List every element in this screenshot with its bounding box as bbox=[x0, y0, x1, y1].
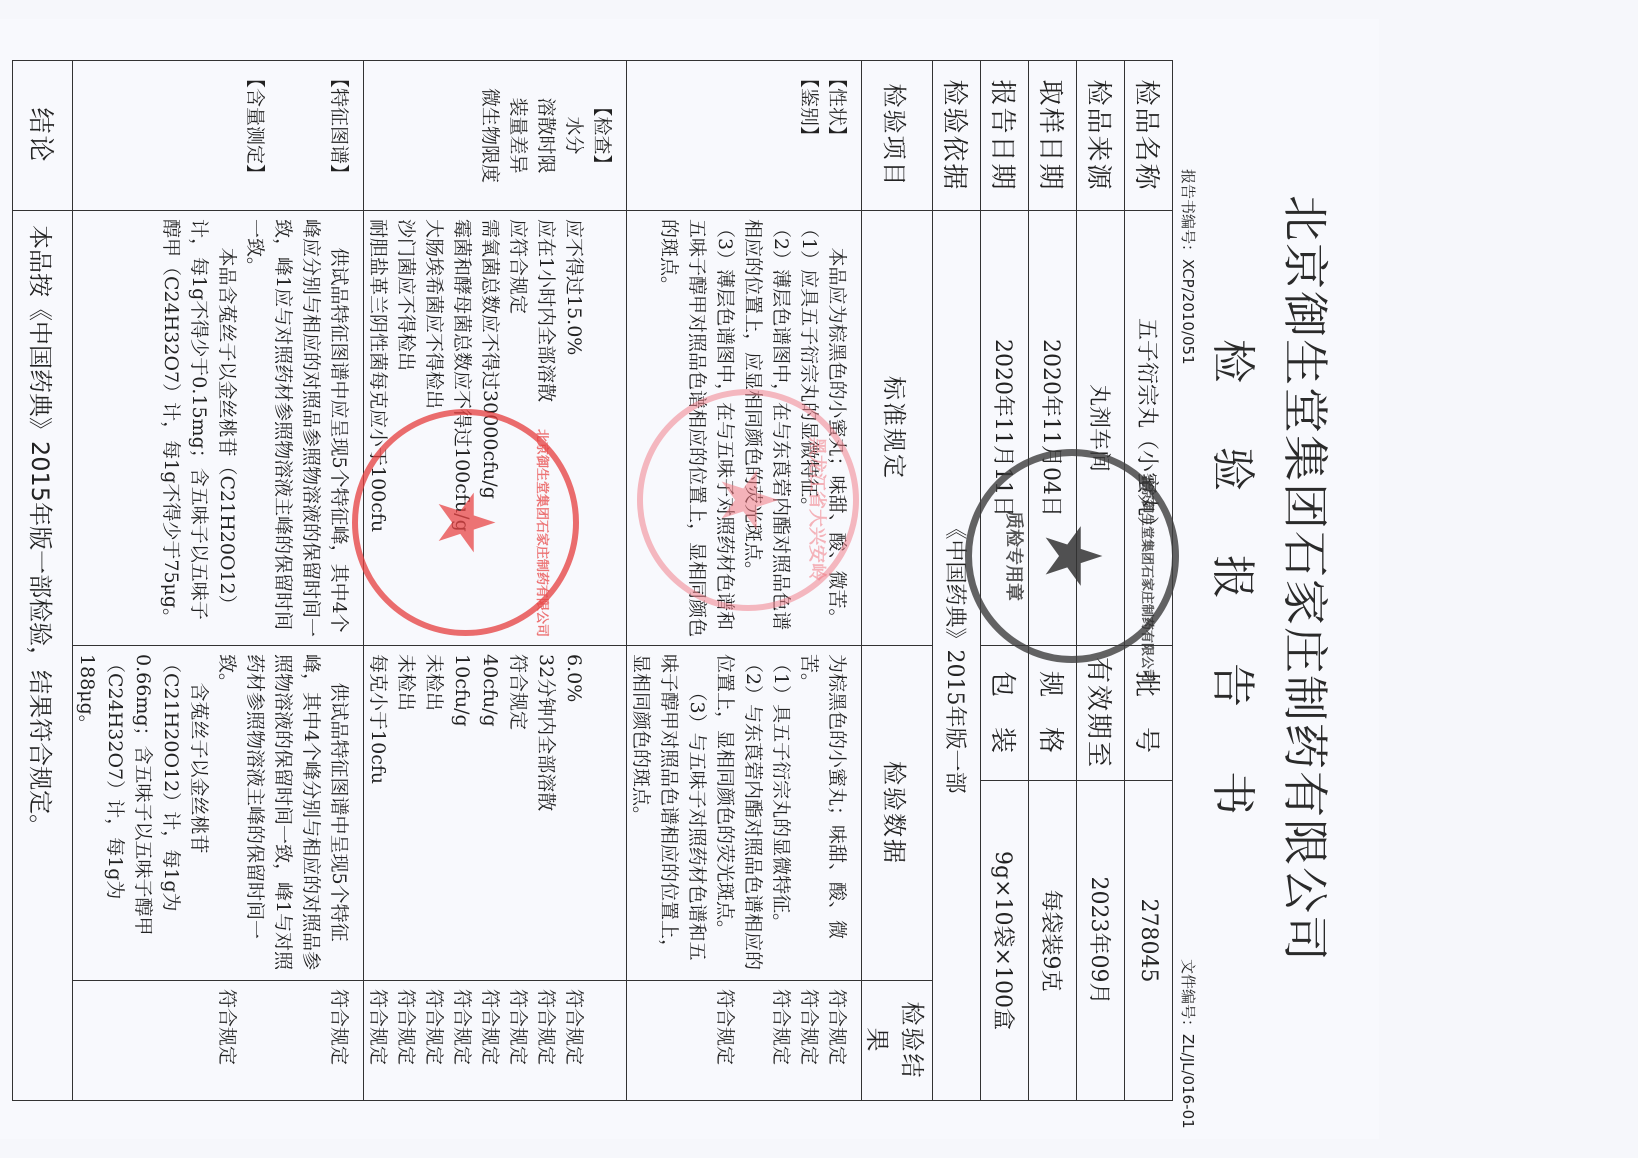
source-label: 检品来源 bbox=[1077, 61, 1125, 211]
report-table: 检品名称 五子衍宗丸（小蜜丸） 批 号 278045 检品来源 丸剂车间 有效期… bbox=[12, 60, 1173, 1101]
inspection-report-page: 北京御生堂集团石家庄制药有限公司 检验报告书 报告书编号：XCP/2010/05… bbox=[0, 19, 1379, 1139]
inspection-standard: 应不得过15.0% 应在1小时内全部溶散 应符合规定 需氧菌总数应不得过3000… bbox=[364, 211, 627, 646]
sample-date: 2020年11月04日 bbox=[1029, 211, 1077, 646]
row-report-date: 报告日期 2020年11月11日 包 装 9g×10袋×100盒 bbox=[981, 61, 1029, 1101]
fingerprint-assay-results: 符合规定 符合规定 bbox=[73, 981, 364, 1101]
row-source: 检品来源 丸剂车间 有效期至 2023年09月 bbox=[1077, 61, 1125, 1101]
report-number: 报告书编号：XCP/2010/051 bbox=[1178, 169, 1199, 365]
conclusion-label: 结论 bbox=[13, 61, 73, 211]
batch-number: 278045 bbox=[1125, 781, 1173, 1101]
col-standard: 标准规定 bbox=[862, 211, 933, 646]
inspection-results: 符合规定 符合规定 符合规定 符合规定 符合规定 符合规定 符合规定 符合规定 bbox=[364, 981, 627, 1101]
company-name: 北京御生堂集团石家庄制药有限公司 bbox=[1275, 19, 1341, 1139]
inspection-data: 6.0% 32分钟内全部溶散 符合规定 40cfu/g 10cfu/g 未检出 … bbox=[364, 646, 627, 981]
package-label: 包 装 bbox=[981, 646, 1029, 781]
file-number: 文件编号：ZL/JL/016-01 bbox=[1178, 959, 1199, 1129]
col-item: 检验项目 bbox=[862, 61, 933, 211]
row-conclusion: 结论 本品按《中国药典》2015年版一部检验，结果符合规定。 bbox=[13, 61, 73, 1101]
basis-label: 检验依据 bbox=[933, 61, 981, 211]
row-sample-date: 取样日期 2020年11月04日 规 格 每袋装9克 bbox=[1029, 61, 1077, 1101]
character-standard: 本品应为棕黑色的小蜜丸；味甜、酸、微苦。 （1）应具五子衍宗丸的显微特征。 （2… bbox=[627, 211, 862, 646]
fingerprint-assay-data: 供试品特征图谱中呈现5个特征峰，其中4个峰分别与相应的对照品参照物溶液的保留时间… bbox=[73, 646, 364, 981]
basis: 《中国药典》2015年版一部 bbox=[933, 211, 981, 1101]
spec-label: 规 格 bbox=[1029, 646, 1077, 781]
document-title: 检验报告书 bbox=[1205, 19, 1269, 1139]
inspection-items: 【检查】 水分 溶散时限 装量差异 微生物限度 bbox=[364, 61, 627, 211]
sample-date-label: 取样日期 bbox=[1029, 61, 1077, 211]
row-character-identification: 【性状】 【鉴别】 本品应为棕黑色的小蜜丸；味甜、酸、微苦。 （1）应具五子衍宗… bbox=[627, 61, 862, 1101]
product-name-label: 检品名称 bbox=[1125, 61, 1173, 211]
row-basis: 检验依据 《中国药典》2015年版一部 bbox=[933, 61, 981, 1101]
row-column-headers: 检验项目 标准规定 检验数据 检验结果 bbox=[862, 61, 933, 1101]
expiry: 2023年09月 bbox=[1077, 781, 1125, 1101]
spec: 每袋装9克 bbox=[1029, 781, 1077, 1101]
row-inspection: 【检查】 水分 溶散时限 装量差异 微生物限度 应不得过15.0% 应在1小时内… bbox=[364, 61, 627, 1101]
conclusion-text: 本品按《中国药典》2015年版一部检验，结果符合规定。 bbox=[13, 211, 73, 1101]
character-results: 符合规定 符合规定 符合规定 符合规定 bbox=[627, 981, 862, 1101]
row-product-name: 检品名称 五子衍宗丸（小蜜丸） 批 号 278045 bbox=[1125, 61, 1173, 1101]
source: 丸剂车间 bbox=[1077, 211, 1125, 646]
col-result: 检验结果 bbox=[862, 981, 933, 1101]
row-fingerprint-assay: 【特征图谱】 【含量测定】 供试品特征图谱中应呈现5个特征峰，其中4个峰应分别与… bbox=[73, 61, 364, 1101]
fingerprint-assay-labels: 【特征图谱】 【含量测定】 bbox=[73, 61, 364, 211]
expiry-label: 有效期至 bbox=[1077, 646, 1125, 781]
package: 9g×10袋×100盒 bbox=[981, 781, 1029, 1101]
report-date-label: 报告日期 bbox=[981, 61, 1029, 211]
fingerprint-assay-standard: 供试品特征图谱中应呈现5个特征峰，其中4个峰应分别与相应的对照品参照物溶液的保留… bbox=[73, 211, 364, 646]
col-data: 检验数据 bbox=[862, 646, 933, 981]
product-name: 五子衍宗丸（小蜜丸） bbox=[1125, 211, 1173, 646]
report-date: 2020年11月11日 bbox=[981, 211, 1029, 646]
character-labels: 【性状】 【鉴别】 bbox=[627, 61, 862, 211]
batch-label: 批 号 bbox=[1125, 646, 1173, 781]
character-data: 为棕黑色的小蜜丸；味甜、酸、微苦。 （1）具五子衍宗丸的显微特征。 （2）与东莨… bbox=[627, 646, 862, 981]
